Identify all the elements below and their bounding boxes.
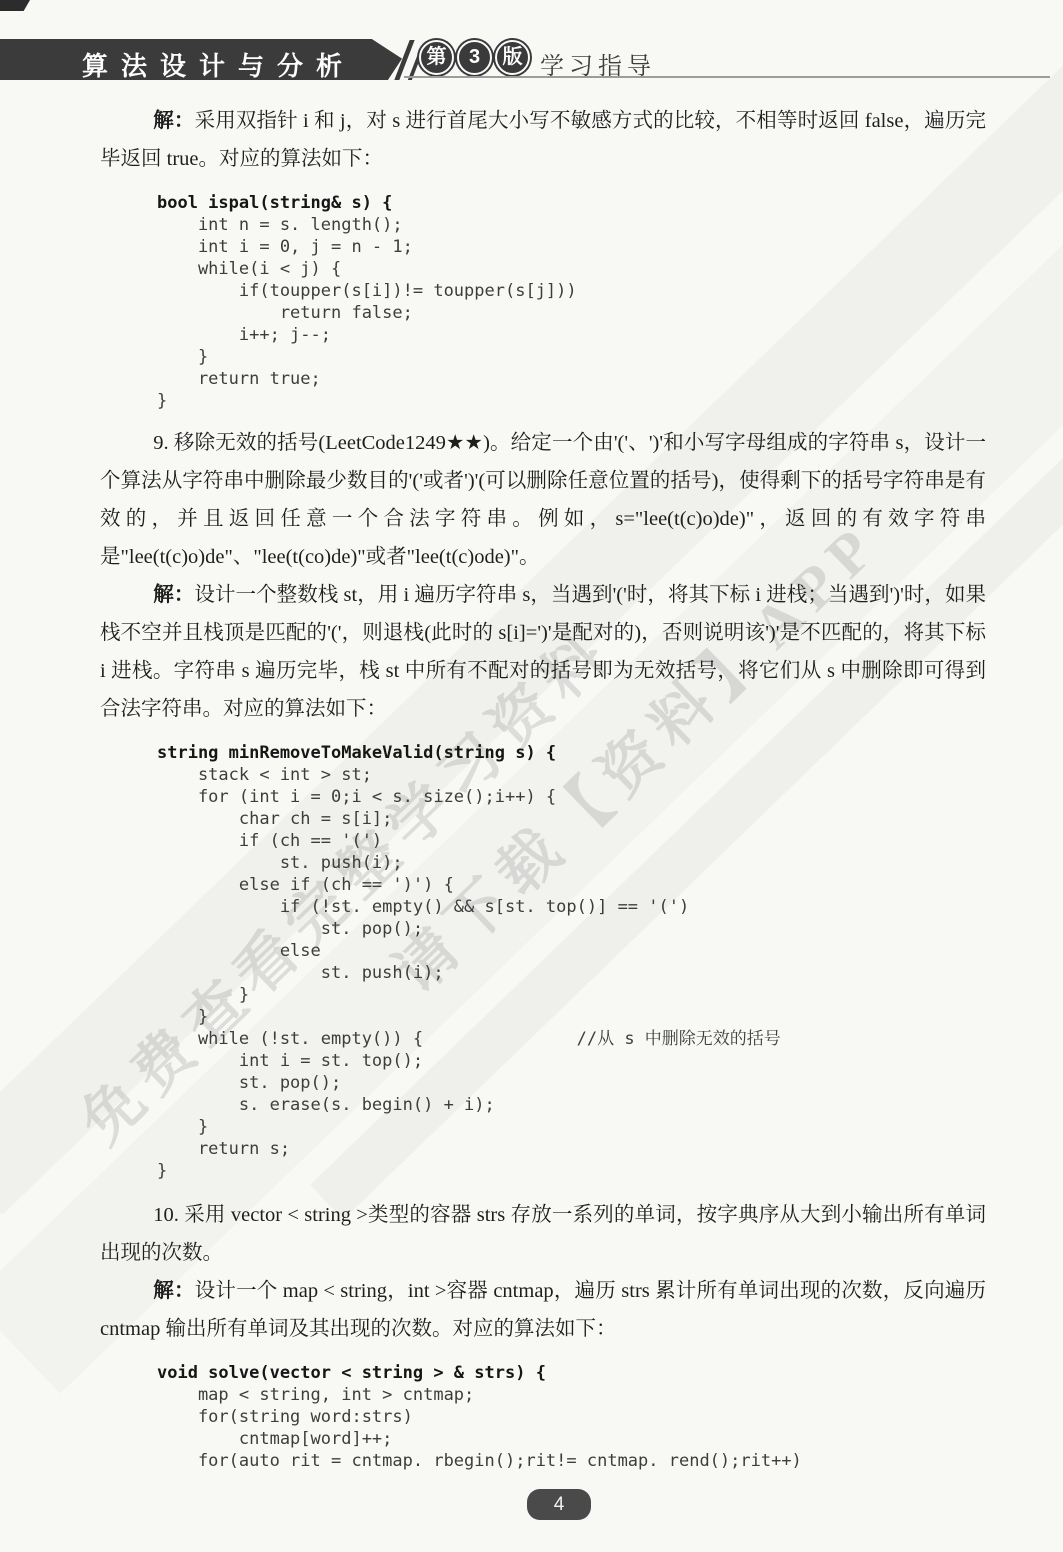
code-body: map < string, int > cntmap; for(string w…	[157, 1384, 986, 1472]
code-signature: void solve(vector < string > & strs) {	[157, 1362, 986, 1384]
code-block-minremove: string minRemoveToMakeValid(string s) { …	[157, 742, 986, 1182]
scanned-book-page: 免费查看完整学习资料 请下载【资料】APP 算法设计与分析 第 3 版 学习指导…	[0, 0, 1063, 1552]
solution-label: 解：	[153, 1279, 194, 1302]
code-block-ispal: bool ispal(string& s) { int n = s. lengt…	[157, 192, 986, 412]
solution-text: 设计一个 map < string，int >容器 cntmap，遍历 strs…	[100, 1280, 986, 1340]
solution-paragraph-10: 解：设计一个 map < string，int >容器 cntmap，遍历 st…	[100, 1272, 986, 1348]
page-body: 解：采用双指针 i 和 j，对 s 进行首尾大小写不敏感方式的比较，不相等时返回…	[100, 0, 986, 1472]
solution-text: 采用双指针 i 和 j，对 s 进行首尾大小写不敏感方式的比较，不相等时返回 f…	[100, 110, 986, 170]
code-signature: bool ispal(string& s) {	[157, 192, 986, 214]
code-body: int n = s. length(); int i = 0, j = n - …	[157, 214, 986, 412]
code-signature: string minRemoveToMakeValid(string s) {	[157, 742, 986, 764]
solution-label: 解：	[153, 583, 194, 606]
code-body: stack < int > st; for (int i = 0;i < s. …	[157, 764, 986, 1182]
page-number-badge: 4	[527, 1489, 591, 1520]
solution-paragraph-9: 解：设计一个整数栈 st，用 i 遍历字符串 s，当遇到'('时，将其下标 i …	[100, 576, 986, 728]
scan-corner-mark	[0, 0, 30, 11]
problem-10-paragraph: 10. 采用 vector < string >类型的容器 strs 存放一系列…	[100, 1196, 986, 1272]
problem-text: 10. 采用 vector < string >类型的容器 strs 存放一系列…	[100, 1204, 986, 1264]
solution-paragraph-8: 解：采用双指针 i 和 j，对 s 进行首尾大小写不敏感方式的比较，不相等时返回…	[100, 102, 986, 178]
solution-text: 设计一个整数栈 st，用 i 遍历字符串 s，当遇到'('时，将其下标 i 进栈…	[100, 584, 986, 720]
code-block-solve: void solve(vector < string > & strs) { m…	[157, 1362, 986, 1472]
problem-text: 9. 移除无效的括号(LeetCode1249★★)。给定一个由'('、')'和…	[100, 432, 986, 568]
solution-label: 解：	[153, 109, 194, 132]
problem-9-paragraph: 9. 移除无效的括号(LeetCode1249★★)。给定一个由'('、')'和…	[100, 424, 986, 576]
